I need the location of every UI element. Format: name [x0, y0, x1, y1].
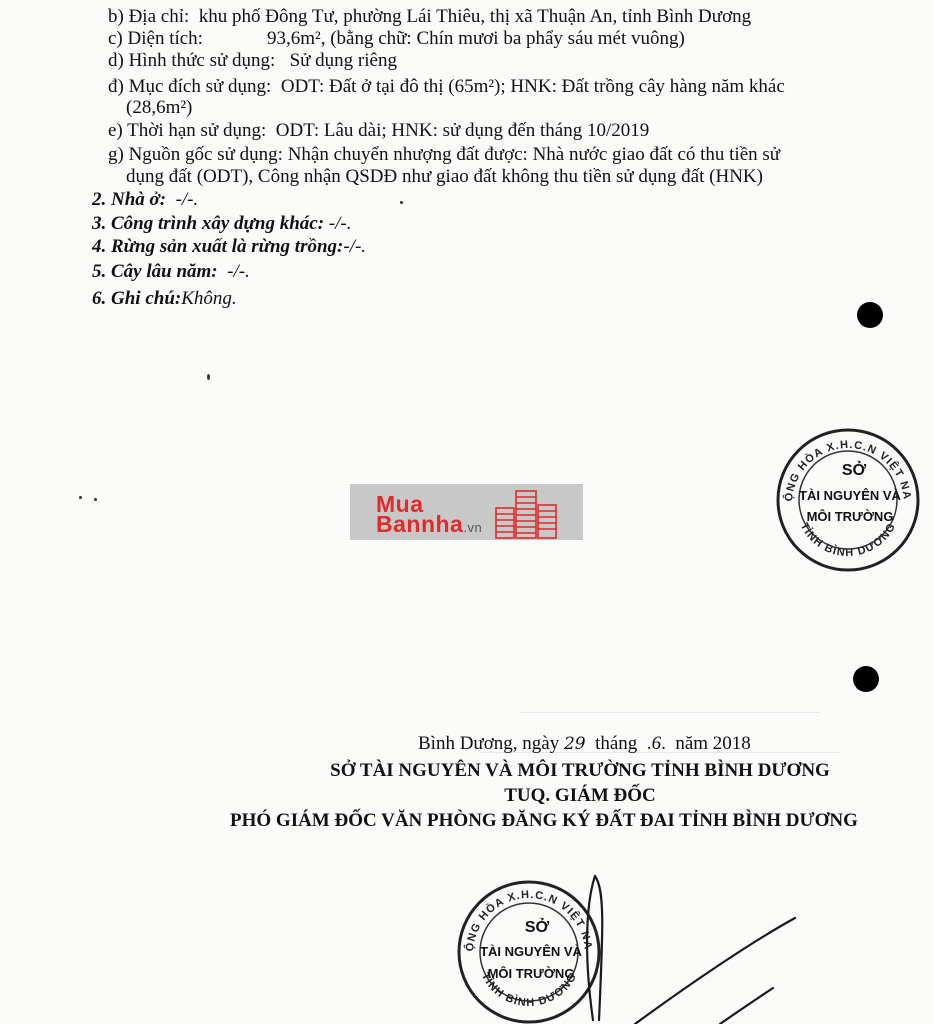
svg-text:MÔI TRƯỜNG: MÔI TRƯỜNG	[488, 966, 575, 981]
watermark-suffix: .vn	[463, 520, 482, 535]
punch-hole	[857, 302, 883, 328]
place-date: Bình Dương, ngày 29 tháng .6. năm 2018	[418, 733, 751, 755]
watermark-logo: Mua Bannha.vn	[350, 484, 583, 540]
svg-text:MÔI TRƯỜNG: MÔI TRƯỜNG	[807, 509, 894, 524]
area-row: c) Diện tích:93,6m², (bằng chữ: Chín mươ…	[108, 28, 685, 50]
scan-speck	[79, 496, 82, 499]
origin-value: Nhận chuyển nhượng đất được: Nhà nước gi…	[288, 144, 780, 165]
scan-artifact	[520, 712, 820, 713]
delegation: TUQ. GIÁM ĐỐC	[0, 785, 933, 807]
scan-speck	[94, 498, 97, 501]
origin-row: g) Nguồn gốc sử dụng: Nhận chuyển nhượng…	[108, 144, 780, 166]
handwritten-day: 29	[564, 734, 586, 754]
section-other-construction: 3. Công trình xây dựng khác: -/-.	[92, 213, 351, 235]
section-planted-forest: 4. Rừng sản xuất là rừng trồng:-/-.	[92, 236, 366, 258]
usage-form-value: Sử dụng riêng	[290, 50, 397, 71]
svg-text:TÀI NGUYÊN VÀ: TÀI NGUYÊN VÀ	[480, 944, 582, 959]
scan-speck	[207, 374, 210, 380]
usage-purpose-value: ODT: Đất ở tại đô thị (65m²); HNK: Đất t…	[281, 76, 785, 97]
origin-cont: dụng đất (ODT), Công nhận QSDĐ như giao …	[126, 166, 763, 188]
watermark-line2: Bannha	[376, 511, 463, 537]
usage-purpose-cont: (28,6m²)	[126, 97, 192, 119]
usage-purpose-row: đ) Mục đích sử dụng: ODT: Đất ở tại đô t…	[108, 76, 785, 98]
section-housing: 2. Nhà ở: -/-.	[92, 189, 198, 211]
official-stamp-signature-icon: CỘNG HÒA X.H.C.N VIỆT NAM TỈNH BÌNH DƯƠN…	[455, 870, 855, 1024]
svg-text:SỞ: SỞ	[842, 460, 867, 479]
address-row: b) Địa chỉ: khu phố Đông Tư, phường Lái …	[108, 6, 751, 28]
usage-term-value: ODT: Lâu dài; HNK: sử dụng đến tháng 10/…	[276, 120, 649, 141]
building-icon	[495, 488, 557, 540]
org-name: SỞ TÀI NGUYÊN VÀ MÔI TRƯỜNG TỈNH BÌNH DƯ…	[0, 760, 933, 782]
official-stamp-icon: CỘNG HÒA X.H.C.N VIỆT NAM TỈNH BÌNH DƯƠN…	[770, 420, 926, 580]
signer-title: PHÓ GIÁM ĐỐC VĂN PHÒNG ĐĂNG KÝ ĐẤT ĐAI T…	[230, 810, 858, 832]
section-perennial-trees: 5. Cây lâu năm: -/-.	[92, 261, 250, 283]
handwritten-month: 6	[652, 733, 662, 754]
usage-form-row: d) Hình thức sử dụng: Sử dụng riêng	[108, 50, 397, 72]
punch-hole	[853, 666, 879, 692]
usage-term-row: e) Thời hạn sử dụng: ODT: Lâu dài; HNK: …	[108, 120, 649, 142]
scan-speck	[400, 201, 403, 204]
area-value: 93,6m², (bằng chữ: Chín mươi ba phẩy sáu…	[267, 28, 685, 49]
svg-text:TÀI NGUYÊN VÀ: TÀI NGUYÊN VÀ	[799, 488, 901, 503]
address-value: khu phố Đông Tư, phường Lái Thiêu, thị x…	[199, 6, 751, 27]
svg-text:SỞ: SỞ	[525, 917, 550, 936]
svg-text:TỈNH BÌNH DƯƠNG: TỈNH BÌNH DƯƠNG	[798, 521, 899, 559]
section-notes: 6. Ghi chú:Không.	[92, 288, 237, 310]
